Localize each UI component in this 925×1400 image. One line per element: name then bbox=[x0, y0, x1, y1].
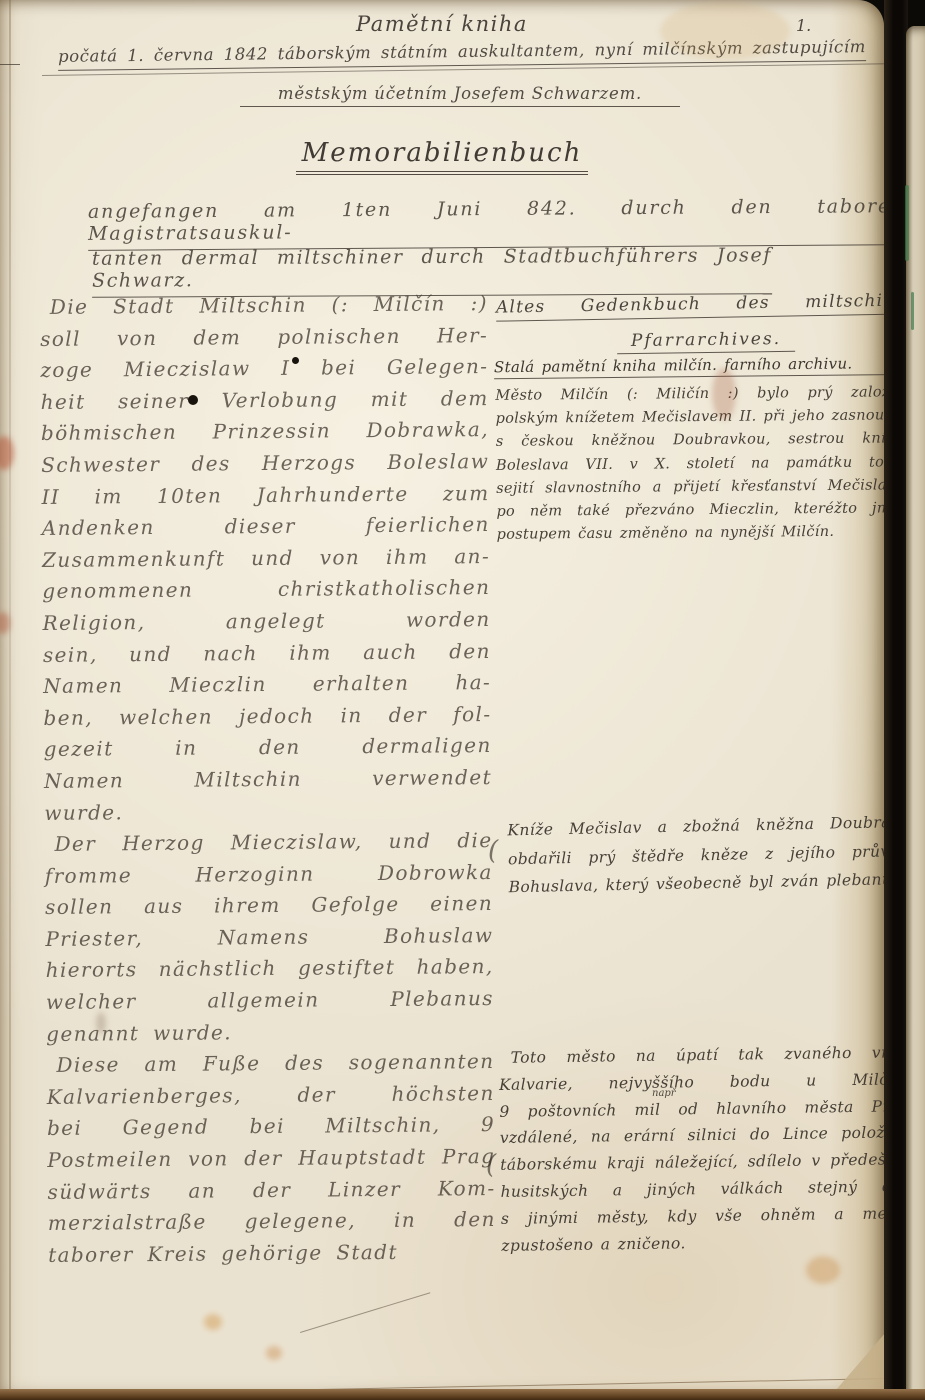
manuscript-line: II im 10ten Jahrhunderte zum bbox=[41, 478, 489, 514]
right-heading-german-line2-text: Pfarrarchives. bbox=[617, 329, 795, 354]
right-heading-german-line2: Pfarrarchives. bbox=[496, 327, 916, 353]
manuscript-line: postupem času změněno na nynější Milčín. bbox=[497, 520, 919, 547]
margin-flourish: ( bbox=[488, 836, 498, 866]
manuscript-line: fromme Herzoginn Dobrowka bbox=[45, 857, 493, 893]
page-fold-crease bbox=[9, 0, 11, 1400]
paper-stain bbox=[96, 1012, 106, 1034]
opening-line-1: angefangen am 1ten Juni 842. durch den t… bbox=[88, 195, 902, 251]
page-number: 1. bbox=[796, 16, 811, 35]
manuscript-line: gezeit in den dermaligen bbox=[44, 730, 492, 766]
manuscript-line: genannt wurde. bbox=[46, 1015, 494, 1051]
worn-bottom-corner bbox=[836, 1332, 886, 1390]
manuscript-line: zpustošeno a zničeno. bbox=[501, 1227, 921, 1260]
left-column-german: Die Stadt Miltschin (: Milčín :)soll von… bbox=[40, 288, 497, 1271]
manuscript-line: Schwester des Herzogs Boleslaw bbox=[41, 446, 489, 482]
manuscript-page: Pamětní kniha 1. počatá 1. června 1842 t… bbox=[0, 0, 884, 1400]
manuscript-line: taborer Kreis gehörige Stadt bbox=[48, 1236, 496, 1272]
manuscript-line: hierorts nächstlich gestiftet haben, bbox=[46, 952, 494, 988]
manuscript-line: böhmischen Prinzessin Dobrawka, bbox=[41, 414, 489, 450]
paper-stain bbox=[266, 1346, 282, 1360]
right-heading-czech: Stalá pamětní kniha milčín. farního arch… bbox=[494, 354, 918, 379]
manuscript-line: südwärts an der Linzer Kom- bbox=[47, 1173, 495, 1209]
manuscript-line: sollen aus ihrem Gefolge einen bbox=[45, 888, 493, 924]
paper-stain bbox=[806, 1256, 840, 1284]
left-paragraph-1: Die Stadt Miltschin (: Milčín :)soll von… bbox=[40, 288, 493, 829]
manuscript-line: Namen Miltschin verwendet bbox=[44, 762, 492, 798]
manuscript-line: Religion, angelegt worden bbox=[42, 604, 490, 640]
paper-stain bbox=[660, 2, 790, 60]
manuscript-line: Namen Mieczlin erhalten ha- bbox=[43, 667, 491, 703]
margin-flourish: ( bbox=[486, 1150, 496, 1180]
manuscript-line: Zusammenkunft und von ihm an- bbox=[42, 541, 490, 577]
main-title-text: Memorabilienbuch bbox=[296, 138, 589, 175]
manuscript-line: Diese am Fuße des sogenannten bbox=[46, 1046, 494, 1082]
manuscript-line: Die Stadt Miltschin (: Milčín :) bbox=[40, 288, 488, 324]
manuscript-line: Andenken dieser feierlichen bbox=[42, 509, 490, 545]
green-edge-mark bbox=[905, 185, 909, 261]
right-paragraph-2-czech: Kníže Mečislav a zbožná kněžna Doubravka… bbox=[507, 808, 921, 902]
paper-stain-red bbox=[0, 436, 14, 470]
pencil-line bbox=[300, 1292, 430, 1333]
manuscript-line: Boleslava VII. v X. století na památku t… bbox=[496, 451, 918, 478]
manuscript-line: genommenen christkatholischen bbox=[42, 572, 490, 608]
manuscript-line: Postmeilen von der Hauptstadt Prag bbox=[47, 1141, 495, 1177]
manuscript-line: Der Herzog Mieczislaw, und die bbox=[44, 825, 492, 861]
ink-smudge bbox=[712, 368, 736, 420]
manuscript-line: heit seiner Verlobung mit dem bbox=[41, 383, 489, 419]
green-edge-mark bbox=[911, 292, 914, 330]
manuscript-line: ben, welchen jedoch in der fol- bbox=[43, 699, 491, 735]
manuscript-line: soll von dem polnischen Her- bbox=[40, 320, 488, 356]
margin-dash-mark bbox=[0, 64, 20, 65]
manuscript-line: merzialstraße gelegene, in den bbox=[48, 1204, 496, 1240]
header-subtitle-line2: městským účetním Josefem Schwarzem. bbox=[240, 84, 680, 107]
paper-stain bbox=[204, 1314, 222, 1330]
manuscript-line: welcher allgemein Plebanus bbox=[46, 983, 494, 1019]
right-paragraph-3-czech: Toto město na úpatí tak zvaného vrchuKal… bbox=[499, 1039, 922, 1259]
left-paragraph-3: Diese am Fuße des sogenanntenKalvarienbe… bbox=[46, 1046, 496, 1271]
manuscript-line: po něm také přezváno Mieczlin, kteréžto … bbox=[496, 497, 918, 524]
ink-blot bbox=[292, 357, 299, 364]
page-block-bottom-edge bbox=[0, 1389, 925, 1400]
manuscript-line: s českou kněžnou Doubravkou, sestrou kní… bbox=[496, 428, 918, 455]
manuscript-line: zoge Mieczislaw I bei Gelegen- bbox=[40, 351, 488, 387]
left-paragraph-2: Der Herzog Mieczislaw, und diefromme Her… bbox=[44, 825, 494, 1050]
manuscript-line: Priester, Namens Bohuslaw bbox=[45, 920, 493, 956]
manuscript-line: bei Gegend bei Miltschin, 9 bbox=[47, 1109, 495, 1145]
manuscript-line: sein, und nach ihm auch den bbox=[43, 636, 491, 672]
right-paragraph-1-czech: Město Milčín (: Miličín :) bylo prý zalo… bbox=[495, 381, 918, 547]
main-title: Memorabilienbuch bbox=[0, 138, 884, 168]
scan-root: Pamětní kniha 1. počatá 1. června 1842 t… bbox=[0, 0, 925, 1400]
manuscript-line: Kalvarienberges, der höchsten bbox=[47, 1078, 495, 1114]
manuscript-line: wurde. bbox=[44, 794, 492, 830]
ink-blot bbox=[188, 395, 198, 405]
